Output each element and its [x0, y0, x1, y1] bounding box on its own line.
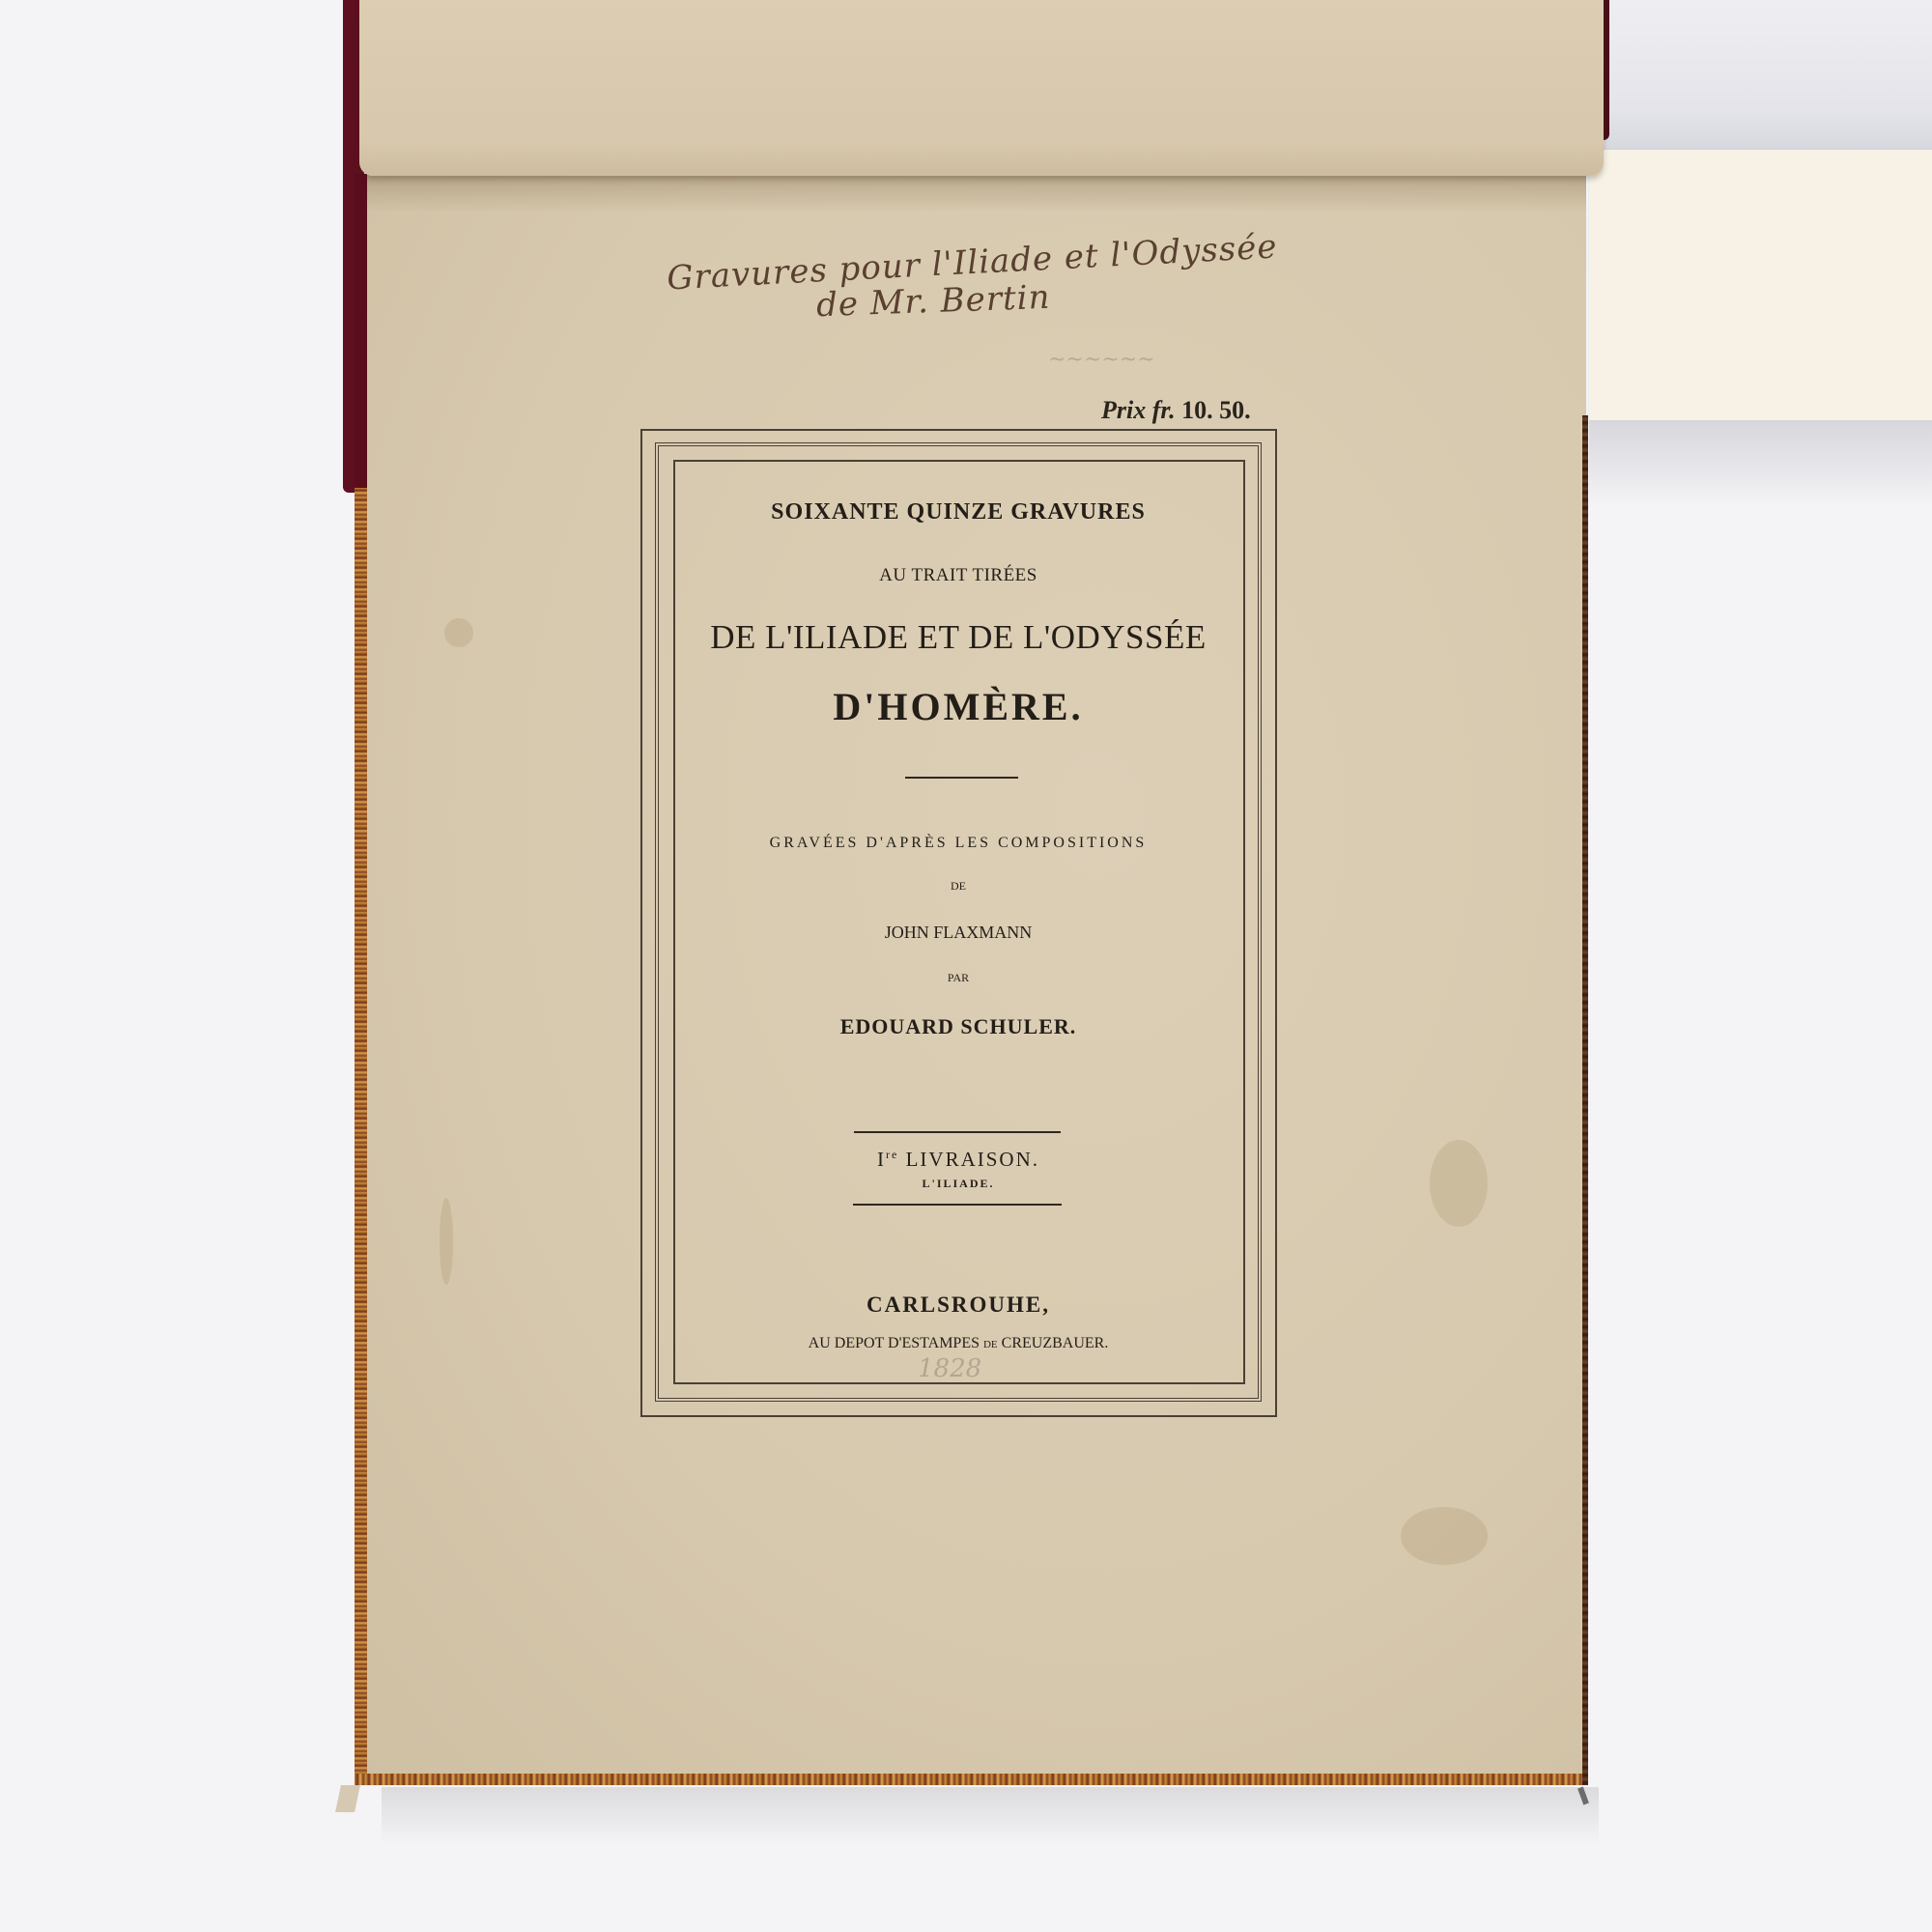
slip-shadow [1589, 420, 1932, 507]
engraver-name: EDOUARD SCHULER. [673, 1014, 1243, 1039]
title-line-2: AU TRAIT TIRÉES [673, 565, 1243, 586]
title-line-1: SOIXANTE QUINZE GRAVURES [673, 499, 1243, 526]
title-line-3: DE L'ILIADE ET DE L'ODYSSÉE [673, 618, 1243, 657]
gilt-edge-left [355, 488, 367, 1784]
livraison-rule-top [854, 1131, 1061, 1133]
pencil-note: ~~~~~~ [1048, 348, 1155, 372]
artist-name: JOHN FLAXMANN [673, 923, 1243, 943]
foxing-stain [440, 1198, 453, 1285]
foxing-stain [444, 618, 473, 647]
pencil-year: 1828 [918, 1354, 981, 1383]
connector-par: PAR [673, 971, 1243, 985]
gilt-edge-right [1582, 415, 1588, 1785]
subtitle-line: GRAVÉES D'APRÈS LES COMPOSITIONS [673, 835, 1243, 852]
foxing-stain [1430, 1140, 1488, 1227]
foxing-stain [1401, 1507, 1488, 1565]
background-shadow [1594, 0, 1932, 155]
upper-curled-leaf [359, 0, 1604, 176]
page-shadow [382, 1787, 1599, 1845]
handwritten-inscription-line2: de Mr. Bertin [815, 278, 1051, 325]
price-label: Prix fr. 10. 50. [1101, 396, 1251, 425]
publisher-line: AU DEPOT D'ESTAMPES DE CREUZBAUER. [673, 1335, 1243, 1352]
gilt-edge-bottom [355, 1774, 1586, 1785]
gutter-shadow [367, 174, 1586, 213]
paper-tab-left [335, 1785, 360, 1812]
place-of-publication: CARLSROUHE, [673, 1293, 1243, 1318]
livraison-title: Ire LIVRAISON. [673, 1148, 1243, 1172]
livraison-subtitle: L'ILIADE. [673, 1177, 1243, 1191]
bookmark-slip [1589, 150, 1932, 420]
livraison-rule-bottom [853, 1204, 1062, 1206]
red-edge-left [355, 174, 367, 493]
connector-de: DE [673, 879, 1243, 894]
divider-rule [905, 777, 1018, 779]
title-main: D'HOMÈRE. [673, 684, 1243, 729]
